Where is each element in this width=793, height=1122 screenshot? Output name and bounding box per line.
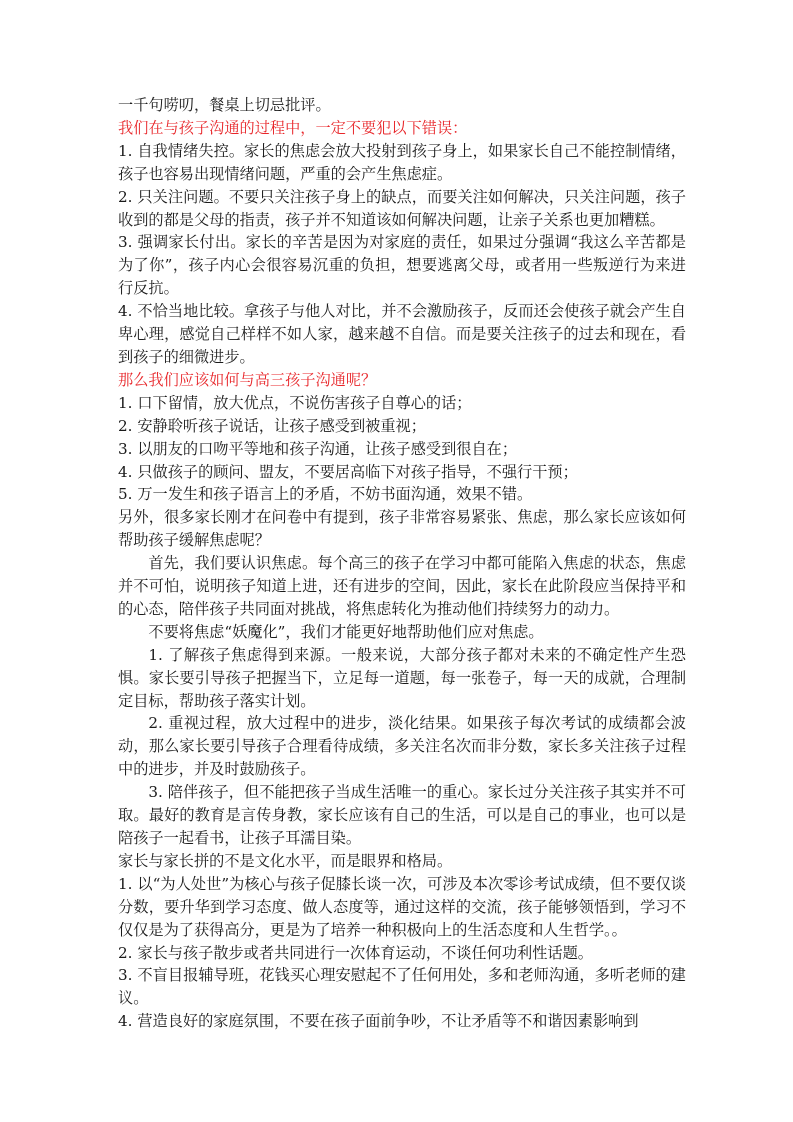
paragraph-intro: 一千句唠叨，餐桌上切忌批评。	[118, 94, 686, 117]
anxiety-item-3: 3. 陪伴孩子，但不能把孩子当成生活唯一的重心。家长过分关注孩子其实并不可取。最…	[118, 781, 686, 850]
paragraph-understand-anxiety: 首先，我们要认识焦虑。每个高三的孩子在学习中都可能陷入焦虑的状态，焦虑并不可怕，…	[118, 552, 686, 621]
paragraph-anxiety-question: 另外，很多家长刚才在问卷中有提到，孩子非常容易紧张、焦虑，那么家长应该如何帮助孩…	[118, 506, 686, 552]
anxiety-item-1: 1. 了解孩子焦虑得到来源。一般来说，大部分孩子都对未来的不确定性产生恐惧。家长…	[118, 644, 686, 713]
tip-item-3: 3. 以朋友的口吻平等地和孩子沟通，让孩子感受到很自在；	[118, 438, 686, 461]
mistake-item-4: 4. 不恰当地比较。拿孩子与他人对比，并不会激励孩子，反而还会使孩子就会产生自卑…	[118, 300, 686, 369]
tip-item-4: 4. 只做孩子的顾问、盟友，不要居高临下对孩子指导，不强行干预；	[118, 461, 686, 484]
action-item-4: 4. 营造良好的家庭氛围，不要在孩子面前争吵，不让矛盾等不和谐因素影响到	[118, 1010, 686, 1033]
mistake-item-2: 2. 只关注问题。不要只关注孩子身上的缺点，而要关注如何解决，只关注问题，孩子收…	[118, 186, 686, 232]
anxiety-item-2: 2. 重视过程，放大过程中的进步，淡化结果。如果孩子每次考试的成绩都会波动，那么…	[118, 712, 686, 781]
mistake-item-1: 1. 自我情绪失控。家长的焦虑会放大投射到孩子身上，如果家长自己不能控制情绪，孩…	[118, 140, 686, 186]
paragraph-vision: 家长与家长拼的不是文化水平，而是眼界和格局。	[118, 850, 686, 873]
mistake-item-3: 3. 强调家长付出。家长的辛苦是因为对家庭的责任，如果过分强调“我这么辛苦都是为…	[118, 231, 686, 300]
heading-mistakes: 我们在与孩子沟通的过程中，一定不要犯以下错误：	[118, 117, 686, 140]
action-item-3: 3. 不盲目报辅导班，花钱买心理安慰起不了任何用处，多和老师沟通，多听老师的建议…	[118, 964, 686, 1010]
heading-how-to-communicate: 那么我们应该如何与高三孩子沟通呢？	[118, 369, 686, 392]
action-item-2: 2. 家长与孩子散步或者共同进行一次体育运动，不谈任何功利性话题。	[118, 942, 686, 965]
document-body: 一千句唠叨，餐桌上切忌批评。 我们在与孩子沟通的过程中，一定不要犯以下错误： 1…	[118, 94, 686, 1033]
paragraph-demonize: 不要将焦虑“妖魔化”，我们才能更好地帮助他们应对焦虑。	[118, 621, 686, 644]
tip-item-2: 2. 安静聆听孩子说话，让孩子感受到被重视；	[118, 415, 686, 438]
tip-item-5: 5. 万一发生和孩子语言上的矛盾，不妨书面沟通，效果不错。	[118, 483, 686, 506]
action-item-1: 1. 以“为人处世”为核心与孩子促膝长谈一次，可涉及本次零诊考试成绩，但不要仅谈…	[118, 873, 686, 942]
tip-item-1: 1. 口下留情，放大优点，不说伤害孩子自尊心的话；	[118, 392, 686, 415]
